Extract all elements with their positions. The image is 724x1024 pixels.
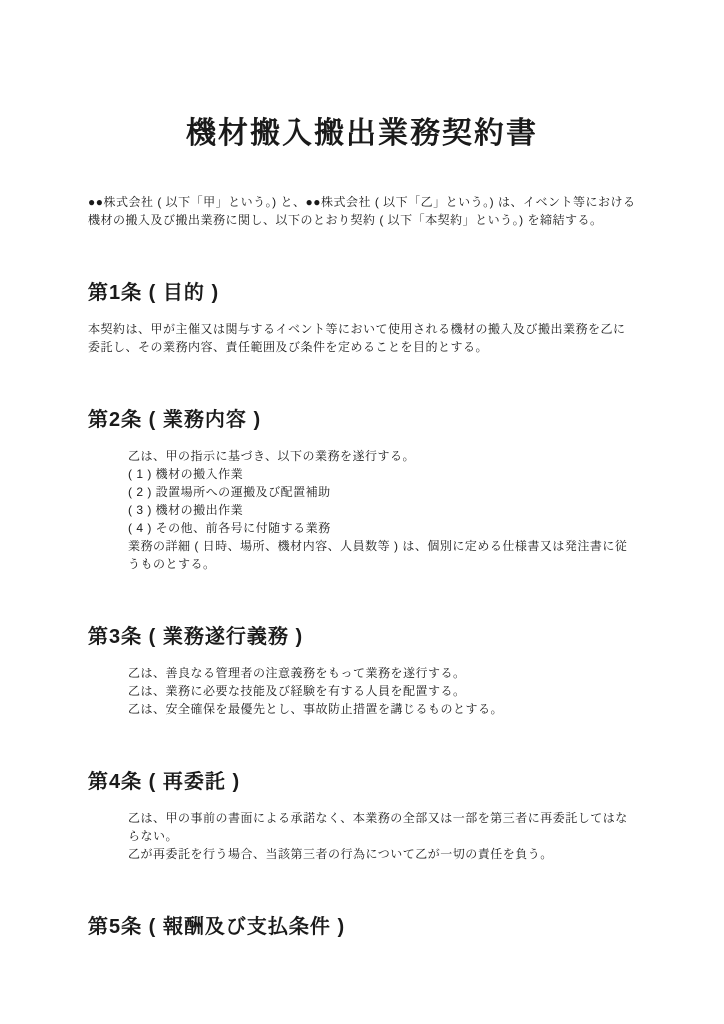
contract-section: 第2条 ( 業務内容 ) 乙は、甲の指示に基づき、以下の業務を遂行する。( 1 … (88, 408, 636, 573)
section-heading: 第3条 ( 業務遂行義務 ) (88, 625, 636, 649)
section-body: 乙は、善良なる管理者の注意義務をもって業務を遂行する。乙は、業務に必要な技能及び… (88, 664, 636, 718)
section-paragraph: ( 4 ) その他、前各号に付随する業務 (128, 519, 636, 537)
section-paragraph: 乙は、業務に必要な技能及び経験を有する人員を配置する。 (128, 682, 636, 700)
section-heading: 第2条 ( 業務内容 ) (88, 408, 636, 432)
contract-section: 第4条 ( 再委託 ) 乙は、甲の事前の書面による承諾なく、本業務の全部又は一部… (88, 770, 636, 863)
section-paragraph: ( 2 ) 設置場所への運搬及び配置補助 (128, 483, 636, 501)
section-paragraph: 乙は、善良なる管理者の注意義務をもって業務を遂行する。 (128, 664, 636, 682)
section-paragraph: 乙は、甲の事前の書面による承諾なく、本業務の全部又は一部を第三者に再委託してはな… (128, 809, 636, 845)
section-body: 乙は、甲の指示に基づき、以下の業務を遂行する。( 1 ) 機材の搬入作業( 2 … (88, 447, 636, 573)
section-body: 乙は、甲の事前の書面による承諾なく、本業務の全部又は一部を第三者に再委託してはな… (88, 809, 636, 863)
document-title: 機材搬入搬出業務契約書 (88, 117, 636, 151)
contract-document-page: 機材搬入搬出業務契約書 ●●株式会社 ( 以下「甲」という。) と、●●株式会社… (0, 0, 724, 1024)
intro-paragraph: ●●株式会社 ( 以下「甲」という。) と、●●株式会社 ( 以下「乙」という。… (88, 193, 636, 229)
section-heading: 第5条 ( 報酬及び支払条件 ) (88, 915, 636, 939)
contract-section: 第1条 ( 目的 ) 本契約は、甲が主催又は関与するイベント等において使用される… (88, 281, 636, 356)
section-paragraph: 乙は、安全確保を最優先とし、事故防止措置を講じるものとする。 (128, 700, 636, 718)
section-body: 本契約は、甲が主催又は関与するイベント等において使用される機材の搬入及び搬出業務… (88, 320, 636, 356)
contract-section: 第5条 ( 報酬及び支払条件 ) (88, 915, 636, 939)
section-paragraph: 乙が再委託を行う場合、当該第三者の行為について乙が一切の責任を負う。 (128, 845, 636, 863)
section-paragraph: 本契約は、甲が主催又は関与するイベント等において使用される機材の搬入及び搬出業務… (88, 320, 636, 356)
section-paragraph: 業務の詳細 ( 日時、場所、機材内容、人員数等 ) は、個別に定める仕様書又は発… (128, 537, 636, 573)
section-paragraph: 乙は、甲の指示に基づき、以下の業務を遂行する。 (128, 447, 636, 465)
contract-section: 第3条 ( 業務遂行義務 ) 乙は、善良なる管理者の注意義務をもって業務を遂行す… (88, 625, 636, 718)
section-heading: 第1条 ( 目的 ) (88, 281, 636, 305)
section-paragraph: ( 3 ) 機材の搬出作業 (128, 501, 636, 519)
sections-container: 第1条 ( 目的 ) 本契約は、甲が主催又は関与するイベント等において使用される… (88, 281, 636, 939)
section-heading: 第4条 ( 再委託 ) (88, 770, 636, 794)
section-paragraph: ( 1 ) 機材の搬入作業 (128, 465, 636, 483)
